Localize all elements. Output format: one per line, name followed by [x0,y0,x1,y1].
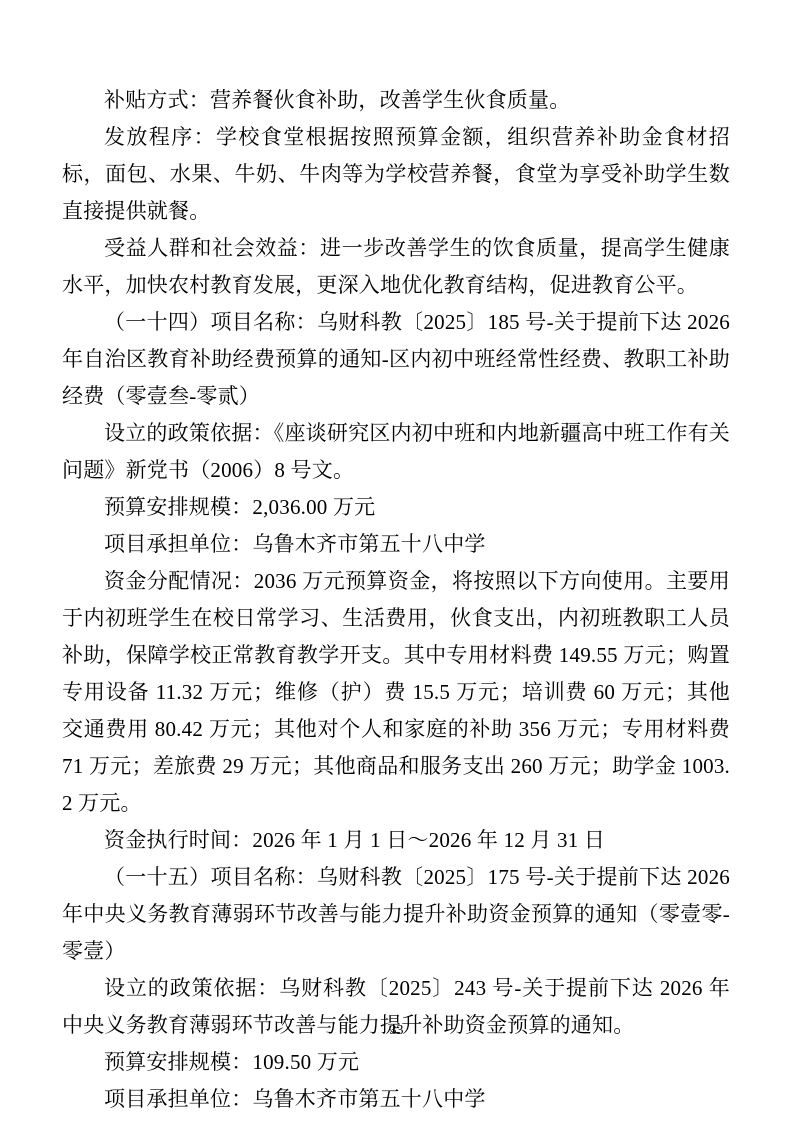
paragraph-subsidy-method: 补贴方式：营养餐伙食补助，改善学生伙食质量。 [62,82,730,119]
paragraph-project-15-budget-scale: 预算安排规模：109.50 万元 [62,1044,730,1081]
page-number: 33 [0,1022,793,1040]
paragraph-project-15-undertaking-unit: 项目承担单位：乌鲁木齐市第五十八中学 [62,1081,730,1118]
paragraph-project-14-budget-scale: 预算安排规模：2,036.00 万元 [62,489,730,526]
paragraph-project-14-undertaking-unit: 项目承担单位：乌鲁木齐市第五十八中学 [62,526,730,563]
paragraph-project-15-name: （一十五）项目名称：乌财科教〔2025〕175 号-关于提前下达 2026 年中… [62,859,730,970]
paragraph-distribution-procedure: 发放程序：学校食堂根据按照预算金额，组织营养补助金食材招标，面包、水果、牛奶、牛… [62,119,730,230]
document-body: 补贴方式：营养餐伙食补助，改善学生伙食质量。 发放程序：学校食堂根据按照预算金额… [62,82,730,1118]
document-page: 补贴方式：营养餐伙食补助，改善学生伙食质量。 发放程序：学校食堂根据按照预算金额… [0,0,793,1122]
paragraph-project-14-fund-allocation: 资金分配情况：2036 万元预算资金，将按照以下方向使用。主要用于内初班学生在校… [62,563,730,822]
paragraph-project-14-execution-time: 资金执行时间：2026 年 1 月 1 日～2026 年 12 月 31 日 [62,822,730,859]
paragraph-project-14-policy-basis: 设立的政策依据：《座谈研究区内初中班和内地新疆高中班工作有关问题》新党书（200… [62,415,730,489]
paragraph-beneficiaries-social-benefit: 受益人群和社会效益：进一步改善学生的饮食质量，提高学生健康水平，加快农村教育发展… [62,230,730,304]
paragraph-project-14-name: （一十四）项目名称：乌财科教〔2025〕185 号-关于提前下达 2026 年自… [62,304,730,415]
